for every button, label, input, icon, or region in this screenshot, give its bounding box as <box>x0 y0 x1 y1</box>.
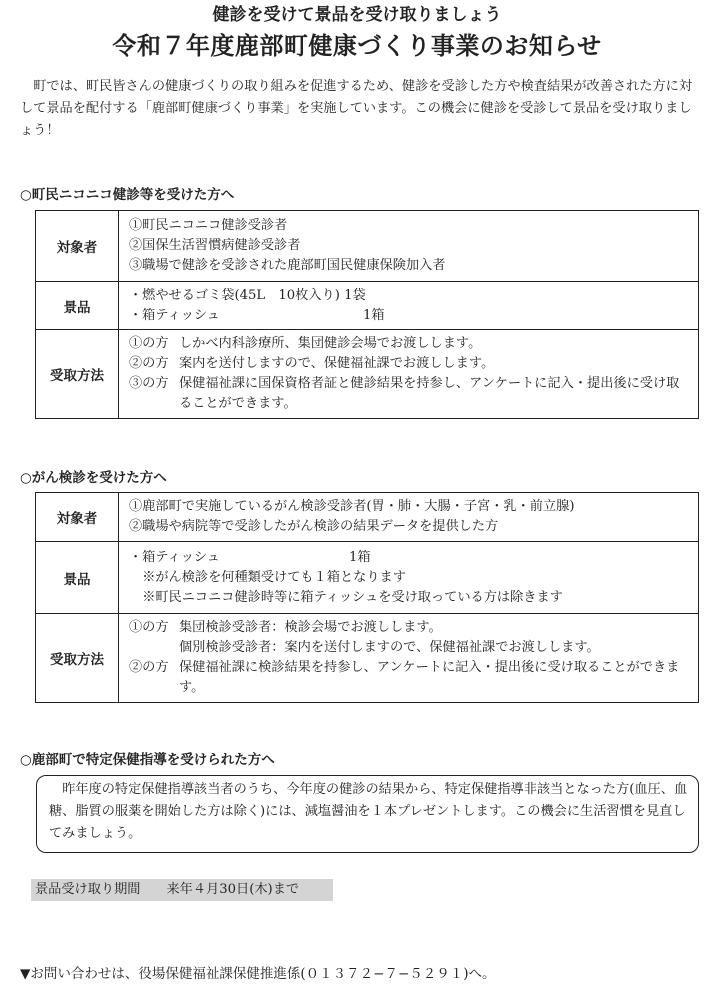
method-text: 保健福祉課に検診結果を持参し、アンケートに記入・提出後に受け取ることができます。 <box>179 658 690 698</box>
list-item: ②の方 案内を送付しますので、保健福祉課でお渡しします。 <box>129 354 690 374</box>
list-item: ①町民ニコニコ健診受診者 <box>129 216 690 236</box>
section1-table: 対象者 ①町民ニコニコ健診受診者 ②国保生活習慣病健診受診者 ③職場で健診を受診… <box>35 210 699 419</box>
prize-item: ・箱ティッシュ <box>129 548 349 568</box>
prize-list: ・燃やせるゴミ袋(45L 10枚入り) 1袋 ・箱ティッシュ1箱 <box>119 282 699 330</box>
section2-heading: ○がん検診を受けた方へ <box>20 468 167 488</box>
prize-item: ・箱ティッシュ <box>129 306 363 326</box>
list-item: ③職場で健診を受診された鹿部町国民健康保険加入者 <box>129 256 690 276</box>
target-list: ①町民ニコニコ健診受診者 ②国保生活習慣病健診受診者 ③職場で健診を受診された鹿… <box>119 211 699 282</box>
prize-qty: 1箱 <box>349 550 371 565</box>
list-item: ①鹿部町で実施しているがん検診受診者(胃・肺・大腸・子宮・乳・前立腺) <box>129 497 690 517</box>
prize-label: 景品 <box>36 282 119 330</box>
table-row-method: 受取方法 ①の方 集団検診受診者：検診会場でお渡しします。 個別検診受診者：案内… <box>36 614 699 703</box>
method-lead: ②の方 <box>129 658 179 698</box>
list-item: 個別検診受診者：案内を送付しますので、保健福祉課でお渡しします。 <box>129 638 690 658</box>
method-lead <box>129 638 179 658</box>
period-label: 景品受け取り期間 <box>35 882 141 897</box>
list-item: ①の方 しかべ内科診療所、集団健診会場でお渡しします。 <box>129 334 690 354</box>
section1-heading: ○町民ニコニコ健診等を受けた方へ <box>20 185 234 205</box>
section3-heading: ○鹿部町で特定保健指導を受けられた方へ <box>20 750 275 770</box>
prize-list: ・箱ティッシュ1箱 ※がん検診を何種類受けても１箱となります ※町民ニコニコ健診… <box>119 542 699 614</box>
table-row-prize: 景品 ・箱ティッシュ1箱 ※がん検診を何種類受けても１箱となります ※町民ニコニ… <box>36 542 699 614</box>
list-item: ・箱ティッシュ1箱 <box>129 548 690 568</box>
method-list: ①の方 集団検診受診者：検診会場でお渡しします。 個別検診受診者：案内を送付しま… <box>119 614 699 703</box>
list-item: ①の方 集団検診受診者：検診会場でお渡しします。 <box>129 618 690 638</box>
list-item: ・箱ティッシュ1箱 <box>129 306 690 326</box>
page-title: 令和７年度鹿部町健康づくり事業のお知らせ <box>0 30 714 62</box>
prize-item: ・燃やせるゴミ袋(45L 10枚入り) <box>129 288 340 303</box>
method-text: 集団検診受診者：検診会場でお渡しします。 <box>179 618 690 638</box>
table-row-target: 対象者 ①鹿部町で実施しているがん検診受診者(胃・肺・大腸・子宮・乳・前立腺) … <box>36 493 699 542</box>
method-label: 受取方法 <box>36 330 119 419</box>
list-item: ・燃やせるゴミ袋(45L 10枚入り) 1袋 <box>129 286 690 306</box>
target-label: 対象者 <box>36 493 119 542</box>
section2-table: 対象者 ①鹿部町で実施しているがん検診受診者(胃・肺・大腸・子宮・乳・前立腺) … <box>35 492 699 703</box>
method-text: 案内を送付しますので、保健福祉課でお渡しします。 <box>179 354 690 374</box>
list-item: ③の方 保健福祉課に国保資格者証と健診結果を持参し、アンケートに記入・提出後に受… <box>129 374 690 414</box>
list-item: ②の方 保健福祉課に検診結果を持参し、アンケートに記入・提出後に受け取ることがで… <box>129 658 690 698</box>
contact-info: ▼お問い合わせは、役場保健福祉課保健推進係(０１３７２−７−５２９１)へ。 <box>20 964 496 984</box>
prize-period-banner: 景品受け取り期間来年４月30日(木)まで <box>31 879 333 901</box>
target-label: 対象者 <box>36 211 119 282</box>
method-lead: ③の方 <box>129 374 179 414</box>
method-lead: ①の方 <box>129 334 179 354</box>
method-label: 受取方法 <box>36 614 119 703</box>
table-row-target: 対象者 ①町民ニコニコ健診受診者 ②国保生活習慣病健診受診者 ③職場で健診を受診… <box>36 211 699 282</box>
period-value: 来年４月30日(木)まで <box>167 882 300 897</box>
prize-note: ※がん検診を何種類受けても１箱となります <box>129 568 690 588</box>
method-lead: ①の方 <box>129 618 179 638</box>
table-row-prize: 景品 ・燃やせるゴミ袋(45L 10枚入り) 1袋 ・箱ティッシュ1箱 <box>36 282 699 330</box>
intro-paragraph: 町では、町民皆さんの健康づくりの取り組みを促進するため、健診を受診した方や検査結… <box>20 76 700 142</box>
method-list: ①の方 しかべ内科診療所、集団健診会場でお渡しします。 ②の方 案内を送付します… <box>119 330 699 419</box>
method-text: 保健福祉課に国保資格者証と健診結果を持参し、アンケートに記入・提出後に受け取るこ… <box>179 374 690 414</box>
prize-note: ※町民ニコニコ健診時等に箱ティッシュを受け取っている方は除きます <box>129 588 690 608</box>
prize-qty: 1箱 <box>363 308 385 323</box>
method-text: しかべ内科診療所、集団健診会場でお渡しします。 <box>179 334 690 354</box>
list-item: ②職場や病院等で受診したがん検診の結果データを提供した方 <box>129 517 690 537</box>
method-lead: ②の方 <box>129 354 179 374</box>
prize-qty: 1袋 <box>344 288 366 303</box>
table-row-method: 受取方法 ①の方 しかべ内科診療所、集団健診会場でお渡しします。 ②の方 案内を… <box>36 330 699 419</box>
guidance-box: 昨年度の特定保健指導該当者のうち、今年度の健診の結果から、特定保健指導非該当とな… <box>36 775 699 853</box>
method-text: 個別検診受診者：案内を送付しますので、保健福祉課でお渡しします。 <box>179 638 690 658</box>
target-list: ①鹿部町で実施しているがん検診受診者(胃・肺・大腸・子宮・乳・前立腺) ②職場や… <box>119 493 699 542</box>
subtitle: 健診を受けて景品を受け取りましょう <box>0 4 714 26</box>
list-item: ②国保生活習慣病健診受診者 <box>129 236 690 256</box>
guidance-text: 昨年度の特定保健指導該当者のうち、今年度の健診の結果から、特定保健指導非該当とな… <box>49 779 688 845</box>
prize-label: 景品 <box>36 542 119 614</box>
